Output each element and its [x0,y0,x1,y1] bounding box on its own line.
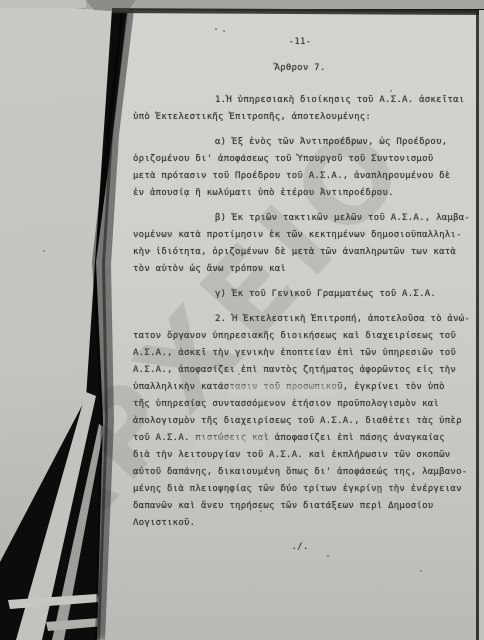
text-line: ὑπὸ Ἐκτελεστικῆς Ἐπιτροπῆς, ἀποτελουμένη… [133,109,467,126]
typewritten-text-column: -11- Ἄρθρον 7. 1.Ἡ ὑπηρεσιακὴ διοίκησις … [133,34,467,556]
faded-ink-patch [228,384,340,397]
article-heading: Ἄρθρον 7. [133,60,467,77]
faded-ink-patch [196,436,266,448]
text-line: 2. Ἡ Ἐκτελεστικὴ Ἐπιτροπή, ἀποτελοῦσα τὸ… [133,311,467,328]
dust-specks [215,28,217,30]
page-number: -11- [133,34,467,51]
text-line: ἐν ἀπουσίᾳ ἢ κωλύματι ὑπὸ ἑτέρου Ἀντιπρο… [133,185,467,202]
text-line: β) Ἐκ τριῶν τακτικῶν μελῶν τοῦ Α.Σ.Α., λ… [133,210,467,227]
scanner-background [86,0,484,9]
text-line: κὴν ἰδιότητα, ὁριζομένων δὲ μετὰ τῶν ἀνα… [133,244,467,261]
end-of-page-mark: ./. [133,539,467,556]
text-line: αὐτοῦ δαπάνης, δικαιουμένη ὅπως δι' ἀποφ… [133,464,467,481]
text-line: γ) Ἐκ τοῦ Γενικοῦ Γραμματέως τοῦ Α.Σ.Α. [133,286,467,303]
scanned-document-page: ΑΡΧΕΙΟ -11- Ἄρθρον 7. 1.Ἡ ὑπηρεσιακὴ διο… [0,0,484,640]
text-line: τατον ὄργανον ὑπηρεσιακῆς διοικήσεως καὶ… [133,328,467,345]
text-line: Α.Σ.Α., ἀποφασίζει ἐπὶ παντὸς ζητήματος … [133,362,467,379]
text-line: δαπανῶν καὶ ἄνευ τηρήσεως τῶν διατάξεων … [133,498,467,515]
text-line: διὰ τὴν λειτουργίαν τοῦ Α.Σ.Α. καὶ ἐκπλή… [133,447,467,464]
text-line: Λογιστικοῦ. [133,515,467,532]
text-line: ὁριζομένου δι' ἀποφάσεως τοῦ Ὑπουργοῦ το… [133,151,467,168]
body-text: 1.Ἡ ὑπηρεσιακὴ διοίκησις τοῦ Α.Σ.Α. ἀσκε… [133,92,467,532]
text-line: 1.Ἡ ὑπηρεσιακὴ διοίκησις τοῦ Α.Σ.Α. ἀσκε… [133,92,467,109]
text-line: νομένων κατὰ προτίμησιν ἐκ τῶν κεκτημένω… [133,227,467,244]
text-line: μετὰ πρότασιν τοῦ Προέδρου τοῦ Α.Σ.Α., ἀ… [133,168,467,185]
adjacent-page-sliver [479,10,484,640]
text-line: τὸν αὐτὸν ὡς ἄνω τρόπον καὶ [133,261,467,278]
text-line: τοῦ Α.Σ.Α. πιστώσεις καὶ ἀποφασίζει ἐπὶ … [133,430,467,447]
text-line: Α.Σ.Α., ἀσκεῖ τὴν γενικὴν ἐποπτείαν ἐπὶ … [133,345,467,362]
text-line: μένης διὰ πλειοψηφίας τῶν δύο τρίτων ἐγκ… [133,481,467,498]
text-line: τῆς ὑπηρεσίας συντασσόμενον ἐτήσιον προϋ… [133,396,467,413]
text-line: ἀπολογισμὸν τῆς διαχειρίσεως τοῦ Α.Σ.Α.,… [133,413,467,430]
text-line: α) Ἐξ ἑνὸς τῶν Ἀντιπροέδρων, ὡς Προέδρου… [133,134,467,151]
scanner-background [0,0,90,8]
